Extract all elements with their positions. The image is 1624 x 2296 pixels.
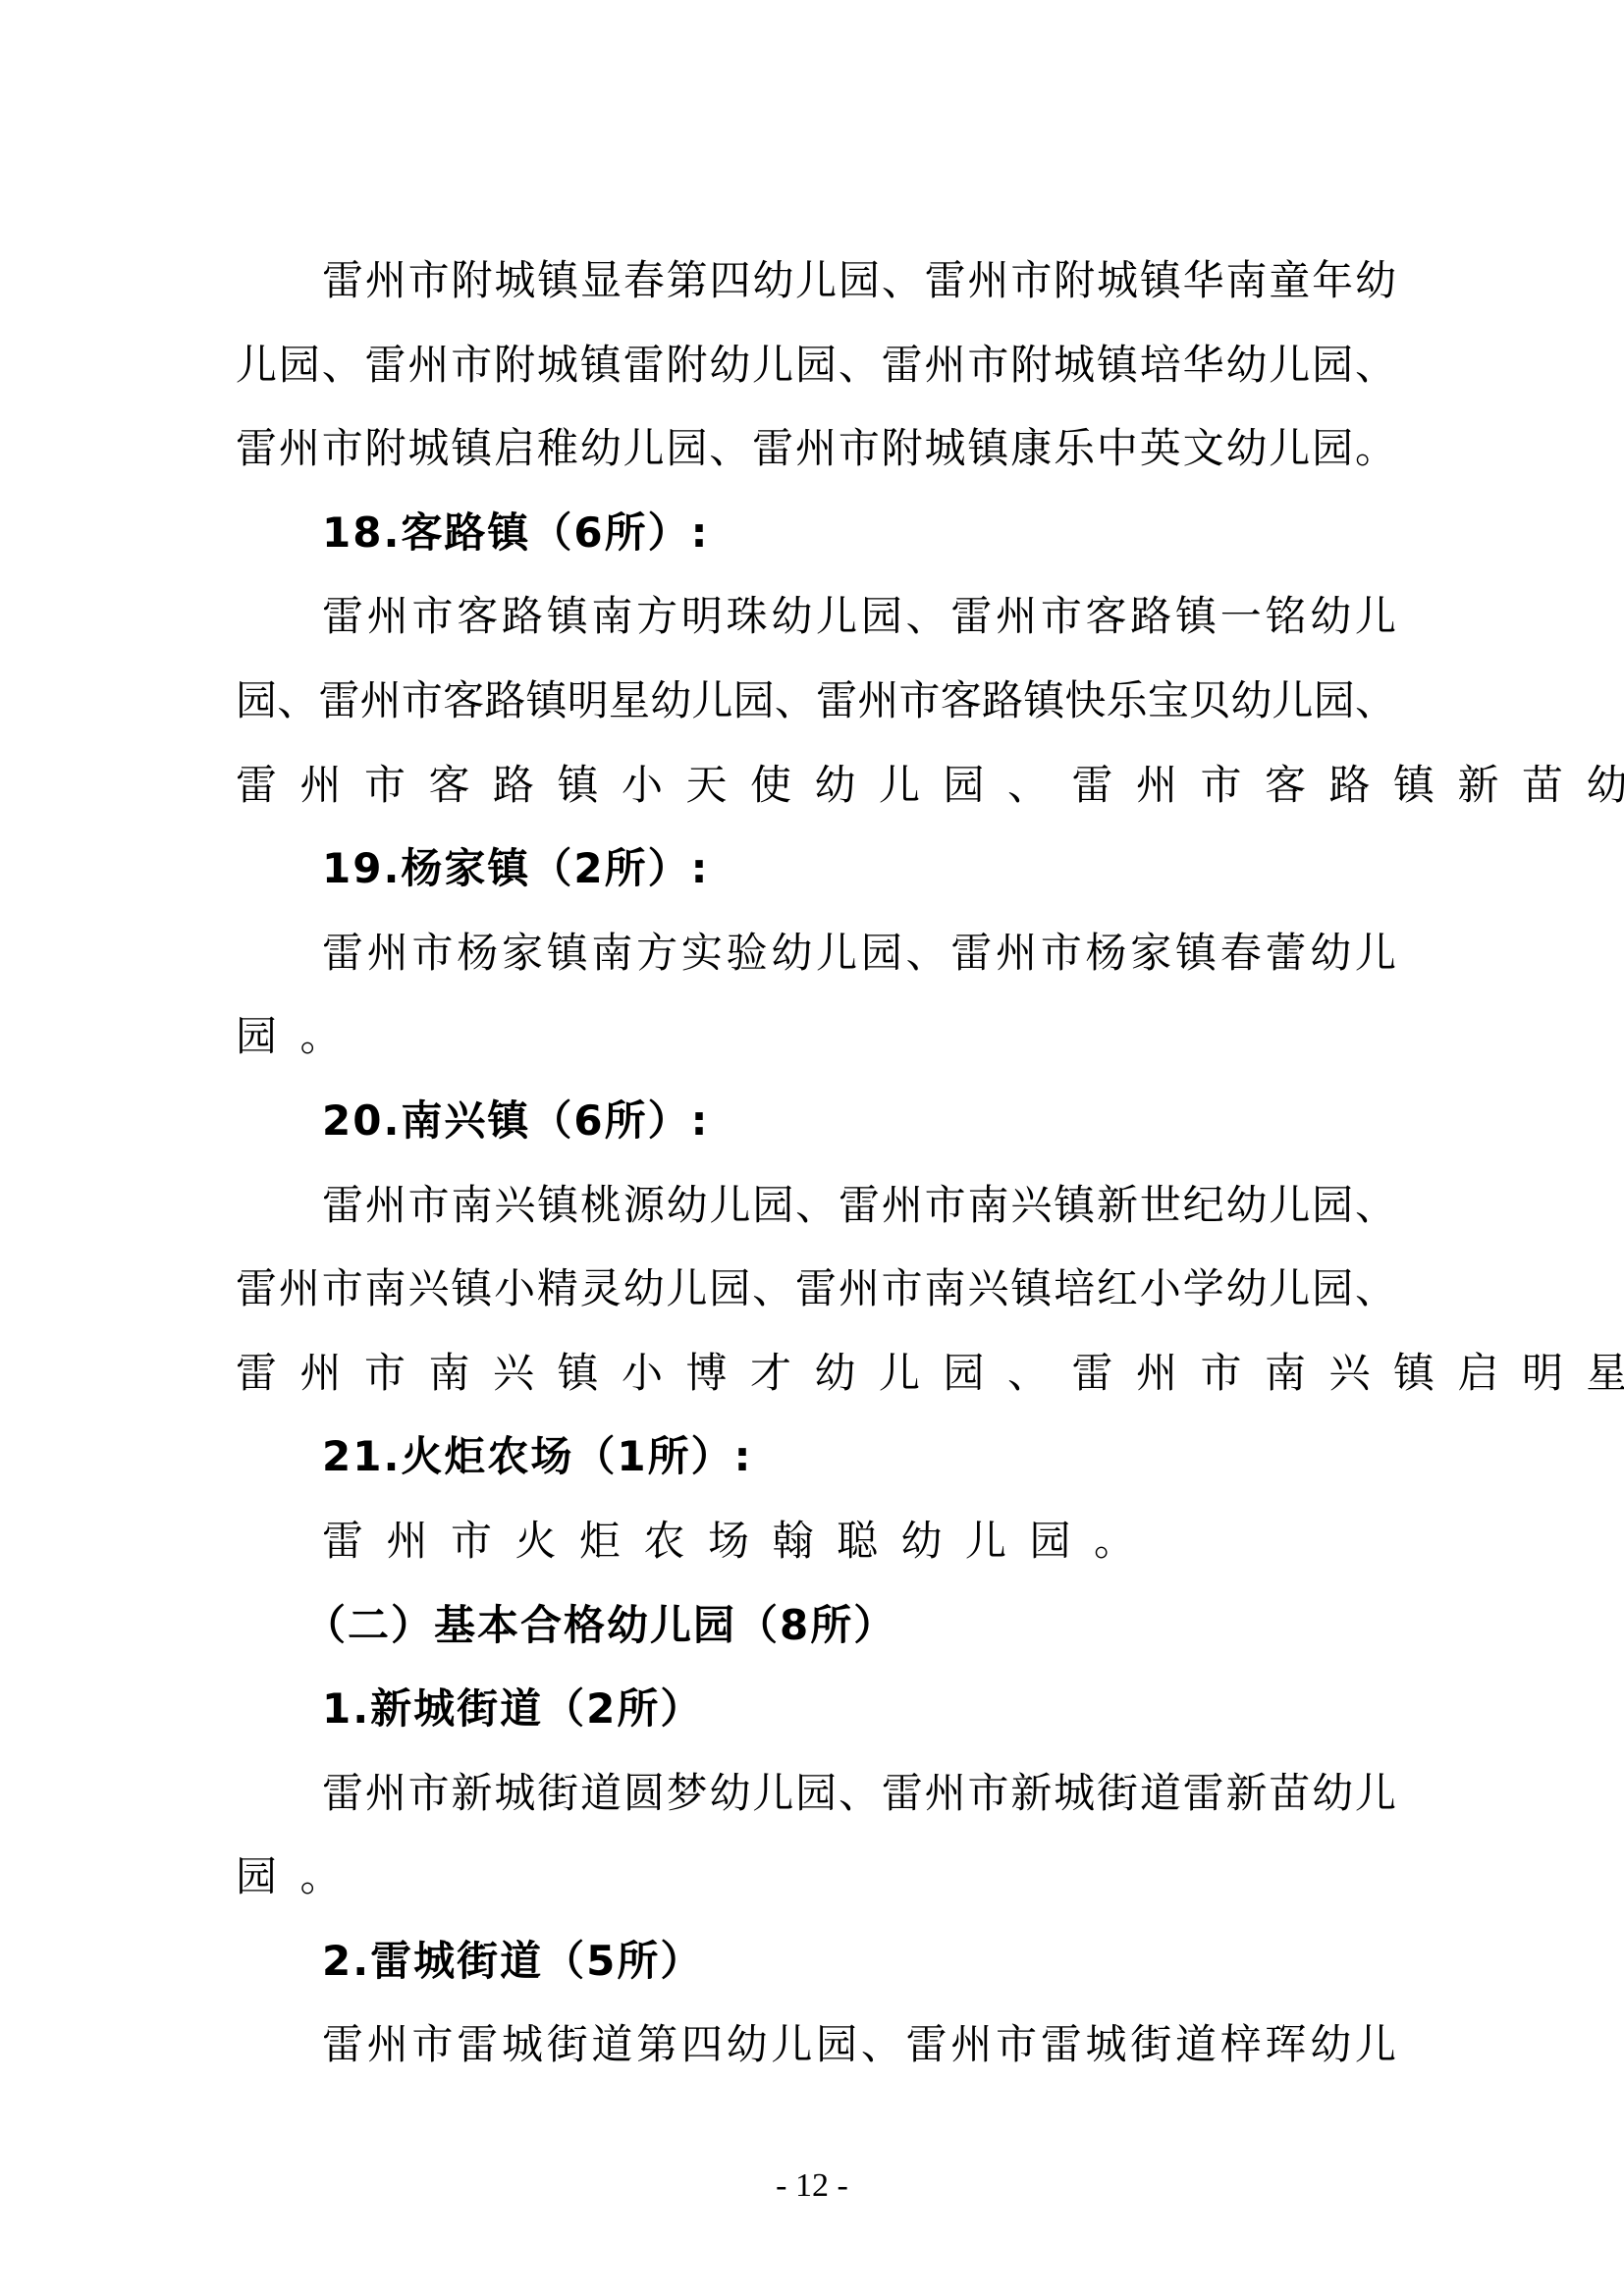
page-number: - 12 -	[0, 2167, 1624, 2205]
paragraph-line: 雷州市杨家镇南方实验幼儿园、雷州市杨家镇春蕾幼儿	[236, 911, 1396, 995]
paragraph-line: 雷州市新城街道圆梦幼儿园、雷州市新城街道雷新苗幼儿	[236, 1751, 1396, 1836]
section-heading-nanxing: 20.南兴镇（6所）:	[236, 1079, 1396, 1163]
paragraph-line: 园。	[236, 1835, 1396, 1919]
section-heading-kelu: 18.客路镇（6所）:	[236, 491, 1396, 575]
section-heading-huoju: 21.火炬农场（1所）:	[236, 1415, 1396, 1499]
paragraph-line: 儿园、雷州市附城镇雷附幼儿园、雷州市附城镇培华幼儿园、	[236, 323, 1396, 407]
section-heading-xincheng: 1.新城街道（2所）	[236, 1667, 1396, 1751]
paragraph-line: 园、雷州市客路镇明星幼儿园、雷州市客路镇快乐宝贝幼儿园、	[236, 659, 1396, 743]
paragraph-line: 雷州市雷城街道第四幼儿园、雷州市雷城街道梓珲幼儿	[236, 2002, 1396, 2087]
paragraph-line: 雷州市南兴镇桃源幼儿园、雷州市南兴镇新世纪幼儿园、	[236, 1163, 1396, 1248]
paragraph-line: 雷州市客路镇南方明珠幼儿园、雷州市客路镇一铭幼儿	[236, 574, 1396, 659]
paragraph-line: 园。	[236, 994, 1396, 1079]
document-body: 雷州市附城镇显春第四幼儿园、雷州市附城镇华南童年幼 儿园、雷州市附城镇雷附幼儿园…	[236, 239, 1396, 2087]
paragraph-line: 雷州市附城镇启稚幼儿园、雷州市附城镇康乐中英文幼儿园。	[236, 406, 1396, 491]
paragraph-line: 雷州市火炬农场翰聪幼儿园。	[236, 1499, 1396, 1583]
paragraph-line: 雷州市附城镇显春第四幼儿园、雷州市附城镇华南童年幼	[236, 239, 1396, 323]
section-heading-basic-qualified: （二）基本合格幼儿园（8所）	[236, 1583, 1396, 1668]
document-page: 雷州市附城镇显春第四幼儿园、雷州市附城镇华南童年幼 儿园、雷州市附城镇雷附幼儿园…	[0, 0, 1624, 2296]
section-heading-yangjia: 19.杨家镇（2所）:	[236, 827, 1396, 911]
section-heading-leicheng: 2.雷城街道（5所）	[236, 1919, 1396, 2003]
paragraph-line: 雷州市南兴镇小精灵幼儿园、雷州市南兴镇培红小学幼儿园、	[236, 1247, 1396, 1331]
paragraph-line: 雷州市南兴镇小博才幼儿园、雷州市南兴镇启明星幼儿园。	[236, 1331, 1396, 1415]
paragraph-line: 雷州市客路镇小天使幼儿园、雷州市客路镇新苗幼儿园。	[236, 743, 1396, 828]
